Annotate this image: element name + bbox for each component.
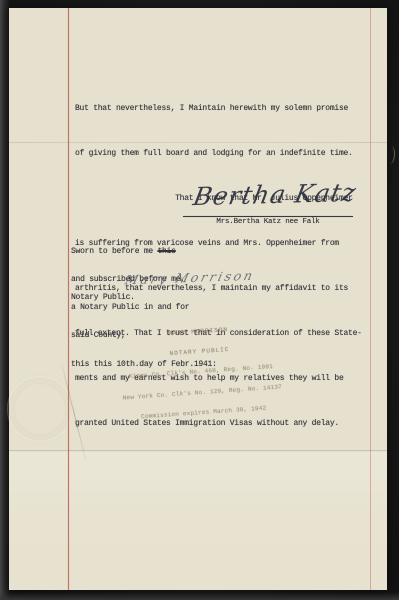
sworn-line: a Notary Public in and for <box>71 303 217 312</box>
sworn-line: Sworn to before me this <box>71 247 217 256</box>
scan-background-bottom-edge <box>0 592 399 600</box>
body-line: But that nevertheless, I Maintain herewi… <box>75 101 362 116</box>
document-page: But that nevertheless, I Maintain herewi… <box>9 8 387 590</box>
paper-edge-mark <box>385 146 395 165</box>
sworn-line-prefix: Sworn to before me <box>71 247 157 256</box>
notary-title: Notary Public. <box>71 293 135 302</box>
paper-lower-tint <box>9 450 387 590</box>
stamp-line: NOTARY PUBLIC <box>120 343 280 361</box>
typed-signatory-name: Mrs.Bertha Katz nee Falk <box>183 218 353 226</box>
right-margin-line <box>370 8 371 590</box>
stamp-line: New York Co. Clk's No. 129, Reg. No. 141… <box>122 384 282 402</box>
signature-underline <box>183 216 353 217</box>
notary-stamp: MARY MORRISON NOTARY PUBLIC Kings Co. Cl… <box>117 310 285 436</box>
bertha-signature: Bertha Katz <box>184 178 366 212</box>
stamp-line: Kings Co. Clk's No. 460, Reg. No. 1991 <box>121 364 281 382</box>
embossed-notary-seal <box>7 376 73 442</box>
left-margin-line <box>68 8 69 590</box>
stamp-line: MARY MORRISON <box>118 323 278 341</box>
struck-word: this <box>157 247 175 256</box>
body-line: of giving them full board and lodging fo… <box>75 146 362 161</box>
stamp-line: Commission expires March 30, 1942 <box>124 404 284 422</box>
